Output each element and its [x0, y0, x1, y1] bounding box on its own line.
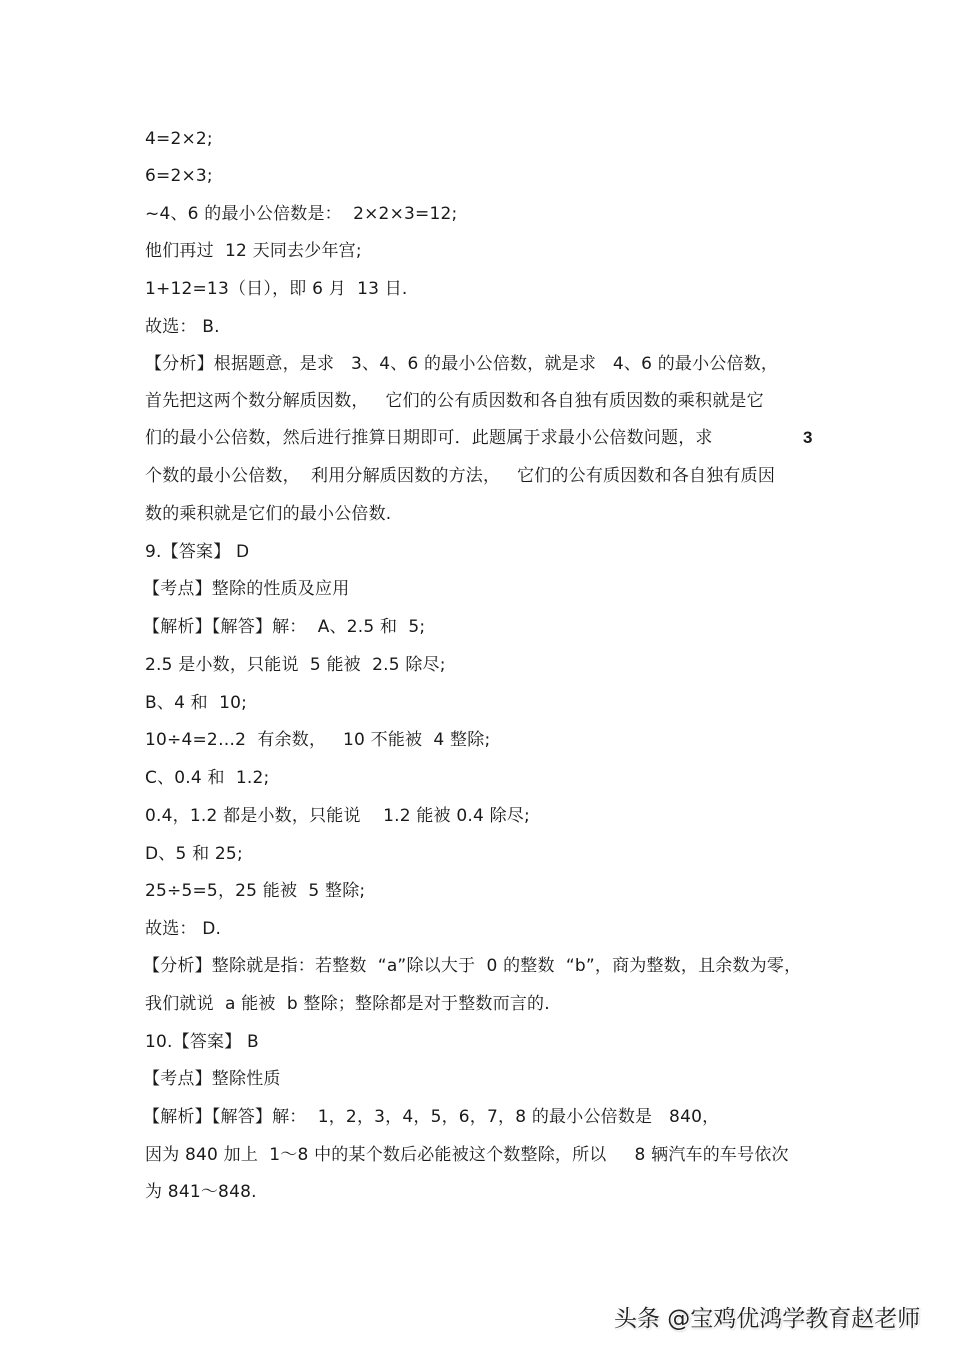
topic-line: 【考点】整除的性质及应用 — [143, 578, 349, 600]
analysis-line: 个数的最小公倍数， 利用分解质因数的方法， 它们的公有质因数和各自独有质因 — [145, 465, 775, 487]
analysis-line: 【分析】整除就是指：若整数 “a”除以大于 0 的整数 “b”，商为整数，且余数… — [143, 955, 801, 977]
text-line: 4=2×2; — [145, 128, 213, 150]
answer-heading-9: 9.【答案】 D — [145, 541, 249, 563]
topic-line: 【考点】整除性质 — [143, 1068, 281, 1090]
text-line: 为 841～848. — [145, 1181, 257, 1203]
analysis-line: 【分析】根据题意，是求 3、4、6 的最小公倍数，就是求 4、6 的最小公倍数， — [145, 353, 778, 375]
text-line: 故选： B. — [145, 316, 220, 338]
solution-line: 【解析】【解答】解： A、2.5 和 5; — [143, 616, 425, 638]
answer-heading-10: 10.【答案】 B — [145, 1031, 259, 1053]
text-line: 10÷4=2…2 有余数， 10 不能被 4 整除; — [145, 729, 490, 751]
text-line: 2.5 是小数，只能说 5 能被 2.5 除尽; — [145, 654, 446, 676]
watermark: 头条 @宝鸡优鸿学教育赵老师 — [614, 1304, 920, 1334]
text-line: 25÷5=5，25 能被 5 整除; — [145, 880, 365, 902]
text-line: 他们再过 12 天同去少年宫; — [145, 240, 362, 262]
text-line: B、4 和 10; — [145, 692, 247, 714]
text-line: 1+12=13（日），即 6 月 13 日. — [145, 278, 408, 300]
text-line: 故选： D. — [145, 918, 221, 940]
text-line: D、5 和 25; — [145, 843, 243, 865]
solution-line: 【解析】【解答】解： 1，2，3，4，5，6，7，8 的最小公倍数是 840， — [143, 1106, 719, 1128]
text-line: ~4、6 的最小公倍数是： 2×2×3=12; — [145, 203, 457, 225]
analysis-line: 数的乘积就是它们的最小公倍数. — [145, 503, 391, 525]
document-page: 4=2×2; 6=2×3; ~4、6 的最小公倍数是： 2×2×3=12; 他们… — [0, 0, 956, 1353]
analysis-line: 们的最小公倍数，然后进行推算日期即可．此题属于求最小公倍数问题，求 — [145, 427, 713, 449]
wrapped-number: 3 — [803, 427, 812, 449]
analysis-line: 我们就说 a 能被 b 整除；整除都是对于整数而言的. — [145, 993, 550, 1015]
text-line: C、0.4 和 1.2; — [145, 767, 269, 789]
analysis-line: 首先把这两个数分解质因数， 它们的公有质因数和各自独有质因数的乘积就是它 — [145, 390, 764, 412]
text-line: 因为 840 加上 1～8 中的某个数后必能被这个数整除，所以 8 辆汽车的车号… — [145, 1144, 789, 1166]
text-line: 0.4，1.2 都是小数，只能说 1.2 能被 0.4 除尽; — [145, 805, 530, 827]
text-line: 6=2×3; — [145, 165, 213, 187]
